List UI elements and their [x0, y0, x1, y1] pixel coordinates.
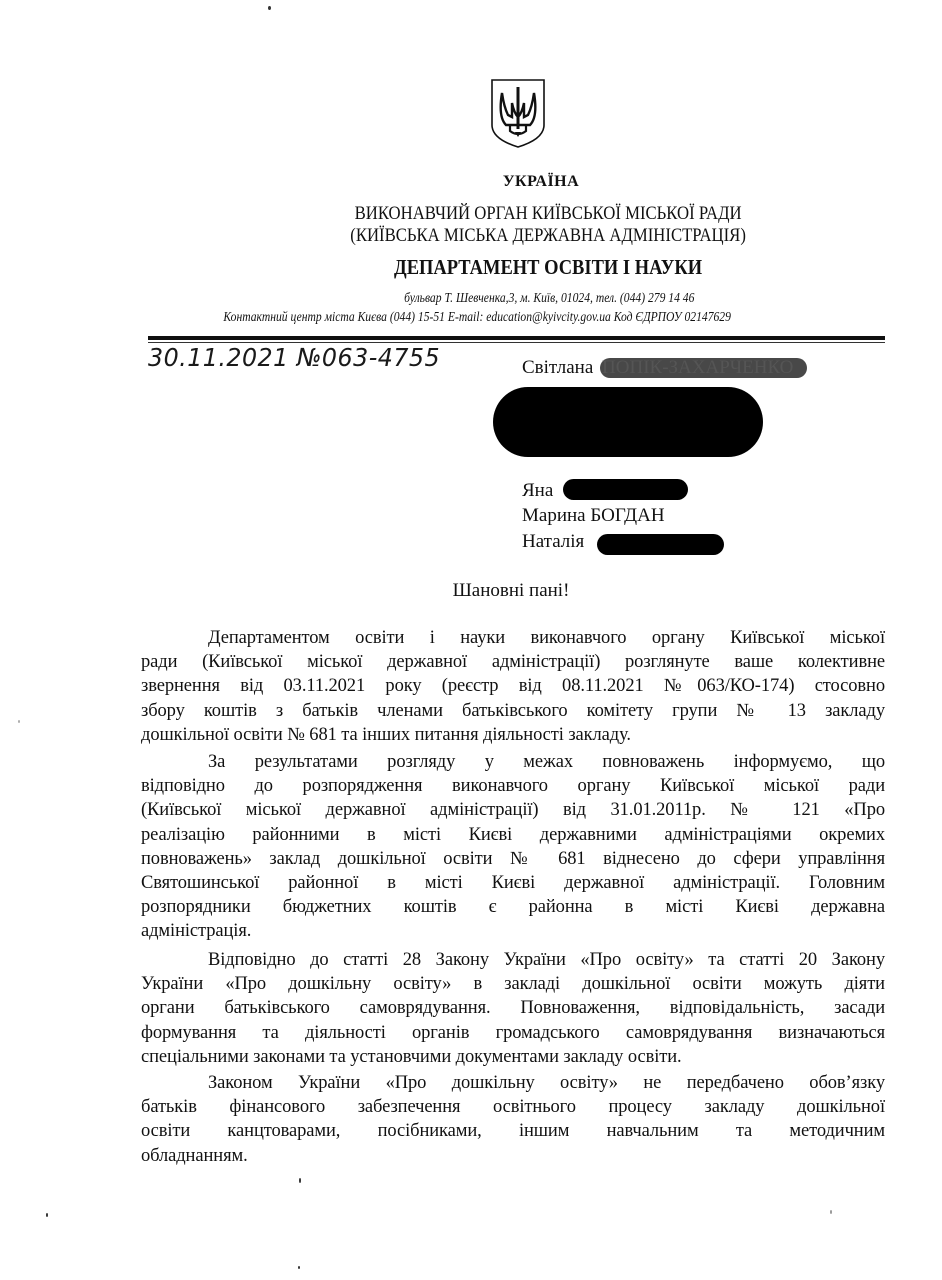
- org-name-line-1: ВИКОНАВЧИЙ ОРГАН КИЇВСЬКОЇ МІСЬКОЇ РАДИ: [134, 203, 942, 225]
- text-line: органи батьківського самоврядування. Пов…: [141, 996, 885, 1020]
- text-line: повноважень» заклад дошкільної освіти № …: [141, 847, 885, 871]
- text-line: (Київської міської державної адміністрац…: [141, 798, 885, 822]
- scan-speck: [46, 1213, 48, 1217]
- scan-speck: [299, 1178, 301, 1183]
- address-line: бульвар Т. Шевченка,3, м. Київ, 01024, т…: [144, 290, 942, 306]
- country-heading: УКРАЇНА: [70, 173, 942, 191]
- trident-coat-of-arms-icon: [488, 77, 548, 149]
- text-line: Законом України «Про дошкільну освіту» н…: [141, 1071, 885, 1095]
- text-line: відповідно до розпорядження виконавчого …: [141, 774, 885, 798]
- text-line: збору коштів з батьків членами батьківсь…: [141, 699, 885, 723]
- scan-speck: [830, 1210, 832, 1214]
- scan-speck: [18, 720, 20, 723]
- body-paragraph-3: Відповідно до статті 28 Закону України «…: [141, 948, 885, 1069]
- body-paragraph-2: За результатами розгляду у межах повнова…: [141, 750, 885, 944]
- text-line: За результатами розгляду у межах повнова…: [141, 750, 885, 774]
- handwritten-reference-number: 30.11.2021 №063-4755: [148, 343, 440, 372]
- text-line: Святошинської районної в місті Києві дер…: [141, 871, 885, 895]
- contact-line: Контактний центр міста Києва (044) 15-51…: [72, 309, 882, 325]
- redaction-block: [493, 387, 763, 457]
- salutation: Шановні пані!: [0, 580, 942, 602]
- addressee-full-name: Марина БОГДАН: [522, 505, 665, 526]
- redaction-block: [563, 479, 688, 500]
- text-line: ради (Київської міської державної адміні…: [141, 650, 885, 674]
- addressee-3: Марина БОГДАН: [522, 505, 665, 527]
- text-line: звернення від 03.11.2021 року (реєстр ві…: [141, 674, 885, 698]
- text-line: освіти канцтоварами, посібниками, іншим …: [141, 1119, 885, 1143]
- text-line: обладнанням.: [141, 1144, 885, 1168]
- text-line: Відповідно до статті 28 Закону України «…: [141, 948, 885, 972]
- text-line: адміністрація.: [141, 919, 885, 943]
- text-line: розпорядники бюджетних коштів є районна …: [141, 895, 885, 919]
- addressee-first-name: Світлана: [522, 357, 593, 378]
- redacted-surname: ПОПІК-ЗАХАРЧЕНКО: [600, 358, 807, 378]
- letterhead-divider-thick: [148, 336, 885, 340]
- text-line: реалізацію районними в місті Києві держа…: [141, 823, 885, 847]
- org-name-line-2: (КИЇВСЬКА МІСЬКА ДЕРЖАВНА АДМІНІСТРАЦІЯ): [134, 225, 942, 247]
- text-line: дошкільної освіти № 681 та інших питання…: [141, 723, 885, 747]
- body-paragraph-4: Законом України «Про дошкільну освіту» н…: [141, 1071, 885, 1168]
- letter-page: УКРАЇНА ВИКОНАВЧИЙ ОРГАН КИЇВСЬКОЇ МІСЬК…: [0, 0, 942, 1280]
- addressee-first-name: Наталія: [522, 531, 584, 552]
- department-heading: ДЕПАРТАМЕНТ ОСВІТИ І НАУКИ: [134, 255, 942, 280]
- scan-speck: [268, 6, 271, 10]
- addressee-1: Світлана ПОПІК-ЗАХАРЧЕНКО: [522, 357, 807, 379]
- addressee-first-name: Яна: [522, 480, 553, 501]
- text-line: батьків фінансового забезпечення освітнь…: [141, 1095, 885, 1119]
- text-line: Департаментом освіти і науки виконавчого…: [141, 626, 885, 650]
- text-line: формування та діяльності органів громадс…: [141, 1021, 885, 1045]
- scan-speck: [298, 1266, 300, 1269]
- body-paragraph-1: Департаментом освіти і науки виконавчого…: [141, 626, 885, 747]
- text-line: спеціальними законами та установчими док…: [141, 1045, 885, 1069]
- text-line: України «Про дошкільну освіту» в закладі…: [141, 972, 885, 996]
- redaction-block: [597, 534, 724, 555]
- addressee-4: Наталія: [522, 531, 584, 553]
- addressee-2: Яна: [522, 480, 553, 502]
